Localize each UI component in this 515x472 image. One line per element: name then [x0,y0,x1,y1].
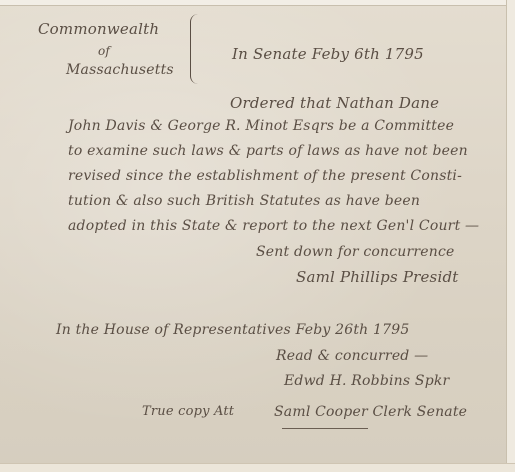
house-line: In the House of Representatives Feby 26t… [56,322,409,338]
header-massachusetts: Massachusetts [66,62,174,78]
body-line-1: Ordered that Nathan Dane [230,94,439,112]
paper-top-edge [0,0,515,6]
header-of: of [98,44,110,58]
house-signature: Edwd H. Robbins Spkr [284,373,449,389]
body-line-4: revised since the establishment of the p… [68,168,462,184]
body-line-6: adopted in this State & report to the ne… [68,218,479,234]
attest-signature: Saml Cooper Clerk Senate [274,404,467,420]
body-line-2: John Davis & George R. Minot Esqrs be a … [68,118,454,134]
signature-underline [282,428,368,429]
senate-signature: Saml Phillips Presidt [296,268,458,286]
manuscript-page: Commonwealth of Massachusetts In Senate … [0,0,515,472]
attest-label: True copy Att [142,404,234,419]
paper-right-edge [506,0,515,472]
body-line-3: to examine such laws & parts of laws as … [68,143,468,159]
house-action: Read & concurred — [276,348,428,364]
body-line-5: tution & also such British Statutes as h… [68,193,420,209]
sent-down-line: Sent down for concurrence [256,244,455,260]
paper-bottom-edge [0,463,515,472]
header-brace [190,14,205,84]
senate-date: In Senate Feby 6th 1795 [232,45,424,63]
header-commonwealth: Commonwealth [38,20,159,38]
